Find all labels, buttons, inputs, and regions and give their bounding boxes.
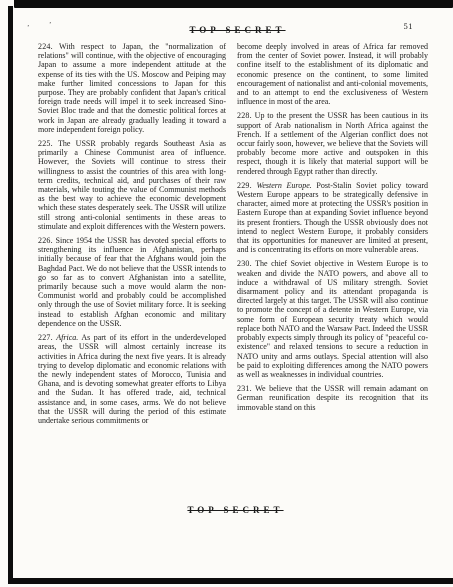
- paragraph-lead: Western Europe.: [256, 181, 311, 190]
- paragraph-number: 226.: [38, 236, 53, 245]
- paragraph-224: 224. With respect to Japan, the "normali…: [38, 42, 226, 134]
- paragraph-number: 225.: [38, 139, 53, 148]
- scan-edge-bottom: [8, 578, 453, 584]
- paragraph-229: 229. Western Europe. Post-Stalin Soviet …: [237, 181, 428, 255]
- paragraph-number: 231.: [237, 384, 252, 393]
- paragraph-text: Since 1954 the USSR has devoted special …: [38, 236, 226, 328]
- left-column: 224. With respect to Japan, the "normali…: [38, 42, 226, 425]
- paragraph-text: become deeply involved in areas of Afric…: [237, 42, 428, 106]
- paragraph-text: With respect to Japan, the "normalizatio…: [38, 42, 226, 134]
- paragraph-number: 229.: [237, 181, 252, 190]
- page-footer: TOP SECRET: [0, 500, 453, 518]
- paragraph-228: 228. Up to the present the USSR has been…: [237, 111, 428, 175]
- paragraph-text: We believe that the USSR will remain ada…: [237, 384, 428, 411]
- paragraph-227: 227. Africa. As part of its effort in th…: [38, 333, 226, 425]
- paragraph-number: 230.: [237, 259, 252, 268]
- paragraph-text: Up to the present the USSR has been caut…: [237, 111, 428, 175]
- paragraph-226: 226. Since 1954 the USSR has devoted spe…: [38, 236, 226, 328]
- right-column: become deeply involved in areas of Afric…: [237, 42, 428, 425]
- page-number: 51: [404, 21, 414, 31]
- paragraph-number: 228.: [237, 111, 252, 120]
- scan-edge-top: [14, 0, 453, 8]
- document-page: ’ ’ TOP SECRET 51 224. With respect to J…: [0, 0, 453, 587]
- paragraph-lead: Africa.: [56, 333, 78, 342]
- paragraph-number: 227.: [38, 333, 53, 342]
- paragraph-text: Post-Stalin Soviet policy toward Western…: [237, 181, 428, 254]
- paragraph-227-continuation: become deeply involved in areas of Afric…: [237, 42, 428, 106]
- paragraph-number: 224.: [38, 42, 53, 51]
- classification-header: TOP SECRET: [189, 25, 285, 35]
- scan-edge-left: [8, 6, 13, 584]
- paragraph-text: As part of its effort in the underdevelo…: [38, 333, 226, 425]
- page-header: TOP SECRET: [0, 20, 453, 38]
- paragraph-231: 231. We believe that the USSR will remai…: [237, 384, 428, 412]
- paragraph-text: The chief Soviet objective in Western Eu…: [237, 259, 428, 378]
- paragraph-text: The USSR probably regards Southeast Asia…: [38, 139, 226, 231]
- paragraph-225: 225. The USSR probably regards Southeast…: [38, 139, 226, 231]
- classification-footer: TOP SECRET: [187, 505, 283, 515]
- paragraph-230: 230. The chief Soviet objective in Weste…: [237, 259, 428, 379]
- text-columns: 224. With respect to Japan, the "normali…: [38, 42, 428, 425]
